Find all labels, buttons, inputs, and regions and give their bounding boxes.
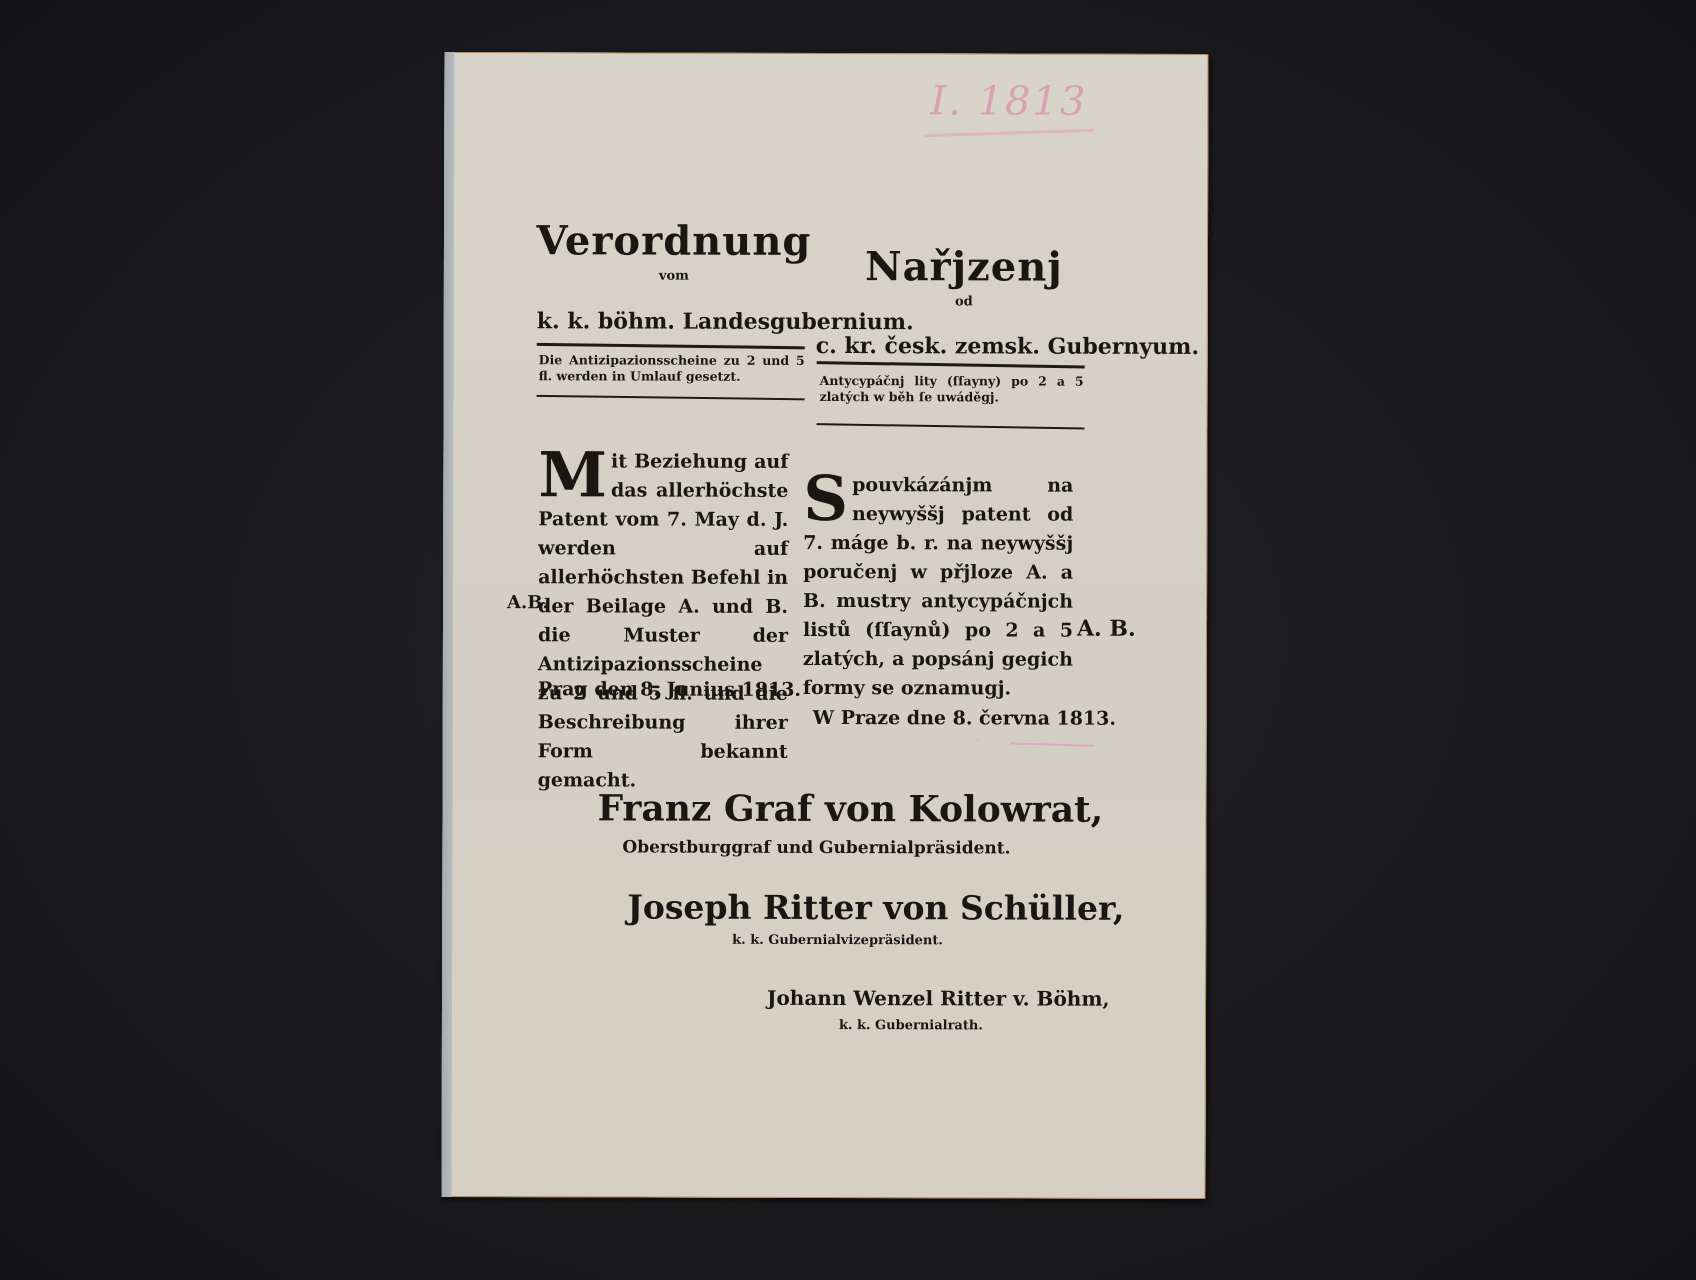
- german-body: Mit Beziehung auf das allerhöchste Paten…: [538, 447, 789, 796]
- signature-3-name: Johann Wenzel Ritter v. Böhm,: [767, 986, 1110, 1011]
- czech-header: Nařjzenj od: [829, 243, 1099, 310]
- paper-spine-edge: [442, 52, 455, 1197]
- german-title: Verordnung: [534, 217, 814, 265]
- archive-mark-underline: [924, 129, 1094, 137]
- document-sheet: I. 1813 Verordnung vom k. k. böhm. Lande…: [442, 52, 1209, 1199]
- czech-title: Nařjzenj: [829, 243, 1099, 291]
- signature-3-role: k. k. Gubernialrath.: [839, 1018, 983, 1033]
- german-issuer: k. k. böhm. Landesgubernium.: [537, 308, 914, 335]
- archive-pencil-mark: I. 1813: [930, 78, 1087, 124]
- czech-dropcap: S: [803, 473, 848, 525]
- german-rule-top: [537, 343, 805, 350]
- signature-1-role: Oberstburggraf und Gubernialpräsident.: [622, 837, 1010, 858]
- czech-rule-bottom: [817, 423, 1085, 429]
- german-from: vom: [534, 268, 814, 284]
- czech-date: W Praze dne 8. června 1813.: [813, 707, 1116, 730]
- czech-summary: Antycypáčnj lity (ſſayny) po 2 a 5 zlatý…: [820, 373, 1084, 406]
- german-summary: Die Antizipazionsscheine zu 2 und 5 fl. …: [539, 352, 805, 385]
- czech-from: od: [829, 294, 1099, 310]
- signature-2-role: k. k. Gubernialvizepräsident.: [732, 933, 943, 949]
- german-margin-note: A.B.: [507, 592, 549, 613]
- german-header: Verordnung vom: [534, 217, 814, 284]
- signature-1-name: Franz Graf von Kolowrat,: [597, 787, 1103, 830]
- czech-rule-top: [817, 361, 1085, 368]
- german-dropcap: M: [538, 449, 607, 501]
- signature-2-name: Joseph Ritter von Schüller,: [627, 887, 1124, 927]
- pencil-underline-mark: [1010, 742, 1094, 746]
- czech-body: Spouvkázánjm na neywyššj patent od 7. má…: [803, 471, 1074, 704]
- german-rule-bottom: [537, 395, 805, 401]
- german-date: Prag den 8. Junius 1813.: [538, 678, 801, 701]
- czech-margin-note: A. B.: [1077, 616, 1136, 642]
- czech-issuer: c. kr. česk. zemsk. Gubernyum.: [816, 333, 1199, 360]
